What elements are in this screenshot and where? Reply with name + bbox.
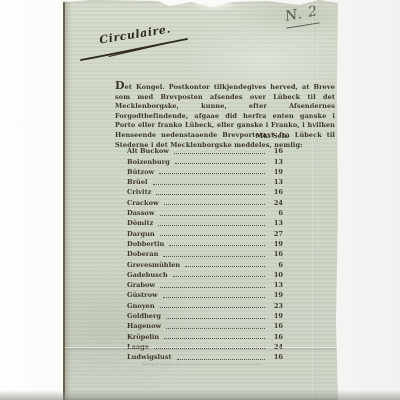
rate-list: Alt Buckow 16 Boizenburg 13 Bützow 19 [127,145,283,361]
rate-value: 16 [269,333,283,341]
place-name: Goldberg [127,312,161,320]
rate-value: 13 [269,281,283,289]
rate-row: Dassow 6 [127,207,283,217]
rate-row: Dobbertin 19 [127,238,283,248]
dot-leader [160,235,265,236]
dot-leader [164,338,265,339]
horizontal-fold-crease [65,347,340,350]
dot-leader [156,194,265,195]
rate-row: Bützow 19 [127,166,283,176]
rate-value: 24 [269,199,283,207]
place-name: Dargun [127,230,155,238]
rate-row: Gnoyen 23 [127,299,283,309]
document-page: N. 2 Circulaire. Det Kongel. Postkontor … [63,0,340,400]
place-name: Grevesmühlen [127,261,180,269]
place-name: Gadebusch [127,271,168,279]
rate-value: 23 [269,302,283,310]
rate-value: 13 [269,178,283,186]
dot-leader [163,297,265,298]
rate-value: 27 [269,230,283,238]
rate-row: Dargun 27 [127,227,283,237]
rate-value: 19 [269,240,283,248]
rate-value: 13 [269,158,283,166]
vertical-fold-crease [312,0,314,400]
place-name: Grabow [127,281,155,289]
place-name: Crackow [127,199,159,207]
dot-leader [158,225,265,226]
rate-value: 19 [269,168,283,176]
dot-leader [175,163,265,164]
rate-value: 16 [269,147,283,155]
dot-leader [174,153,265,154]
dot-leader [166,318,265,319]
rate-row: Dömitz 13 [127,217,283,227]
dot-leader [164,204,265,205]
rate-row: Doberan 16 [127,248,283,258]
rate-value: 19 [269,312,283,320]
photo-bottom-shadow [0,390,400,400]
rate-row: Grabow 13 [127,279,283,289]
rate-row: Grevesmühlen 6 [127,258,283,268]
place-name: Dömitz [127,219,153,227]
rate-row: Boizenburg 13 [127,155,283,165]
rate-value: 13 [269,219,283,227]
dot-leader [160,287,265,288]
unit-column-header: Mk. Sch. [205,132,289,140]
rate-value: 6 [269,209,283,217]
heading-underline-flourish [79,36,189,62]
rate-value: 19 [269,291,283,299]
place-name: Crivitz [127,188,151,196]
photo-background: N. 2 Circulaire. Det Kongel. Postkontor … [0,0,400,400]
rate-value: 16 [269,322,283,330]
dot-leader [177,359,265,360]
dot-leader [160,215,266,216]
rate-row: Crivitz 16 [127,186,283,196]
dot-leader [169,245,265,246]
rate-row: Hagenow 16 [127,320,283,330]
rate-value: 16 [269,188,283,196]
rate-row: Gadebusch 10 [127,269,283,279]
place-name: Boizenburg [127,158,170,166]
place-name: Brüel [127,178,148,186]
dot-leader [159,173,265,174]
place-name: Hagenow [127,322,161,330]
place-name: Bützow [127,168,154,176]
rate-row: Brüel 13 [127,176,283,186]
rate-value: 6 [269,261,283,269]
dot-leader [166,328,265,329]
rate-row: Alt Buckow 16 [127,145,283,155]
rate-row: Crackow 24 [127,196,283,206]
rate-value: 16 [269,250,283,258]
faded-dot-leader [143,364,261,365]
dot-leader [173,276,265,277]
rate-row: Kröpelin 16 [127,330,283,340]
dot-leader [185,266,265,267]
place-name: Doberan [127,250,158,258]
rate-row: Güstrow 19 [127,289,283,299]
place-name: Ludwigslust [127,353,172,361]
place-name: Güstrow [127,291,158,299]
dot-leader [163,256,265,257]
rate-row: Goldberg 19 [127,310,283,320]
dot-leader [160,307,265,308]
rate-row: Ludwigslust 16 [127,351,283,361]
rate-value: 16 [269,353,283,361]
dot-leader [153,184,265,185]
place-name: Dassow [127,209,155,217]
place-name: Dobbertin [127,240,164,248]
rate-value: 10 [269,271,283,279]
place-name: Kröpelin [127,333,159,341]
place-name: Gnoyen [127,302,155,310]
place-name: Alt Buckow [127,147,169,155]
